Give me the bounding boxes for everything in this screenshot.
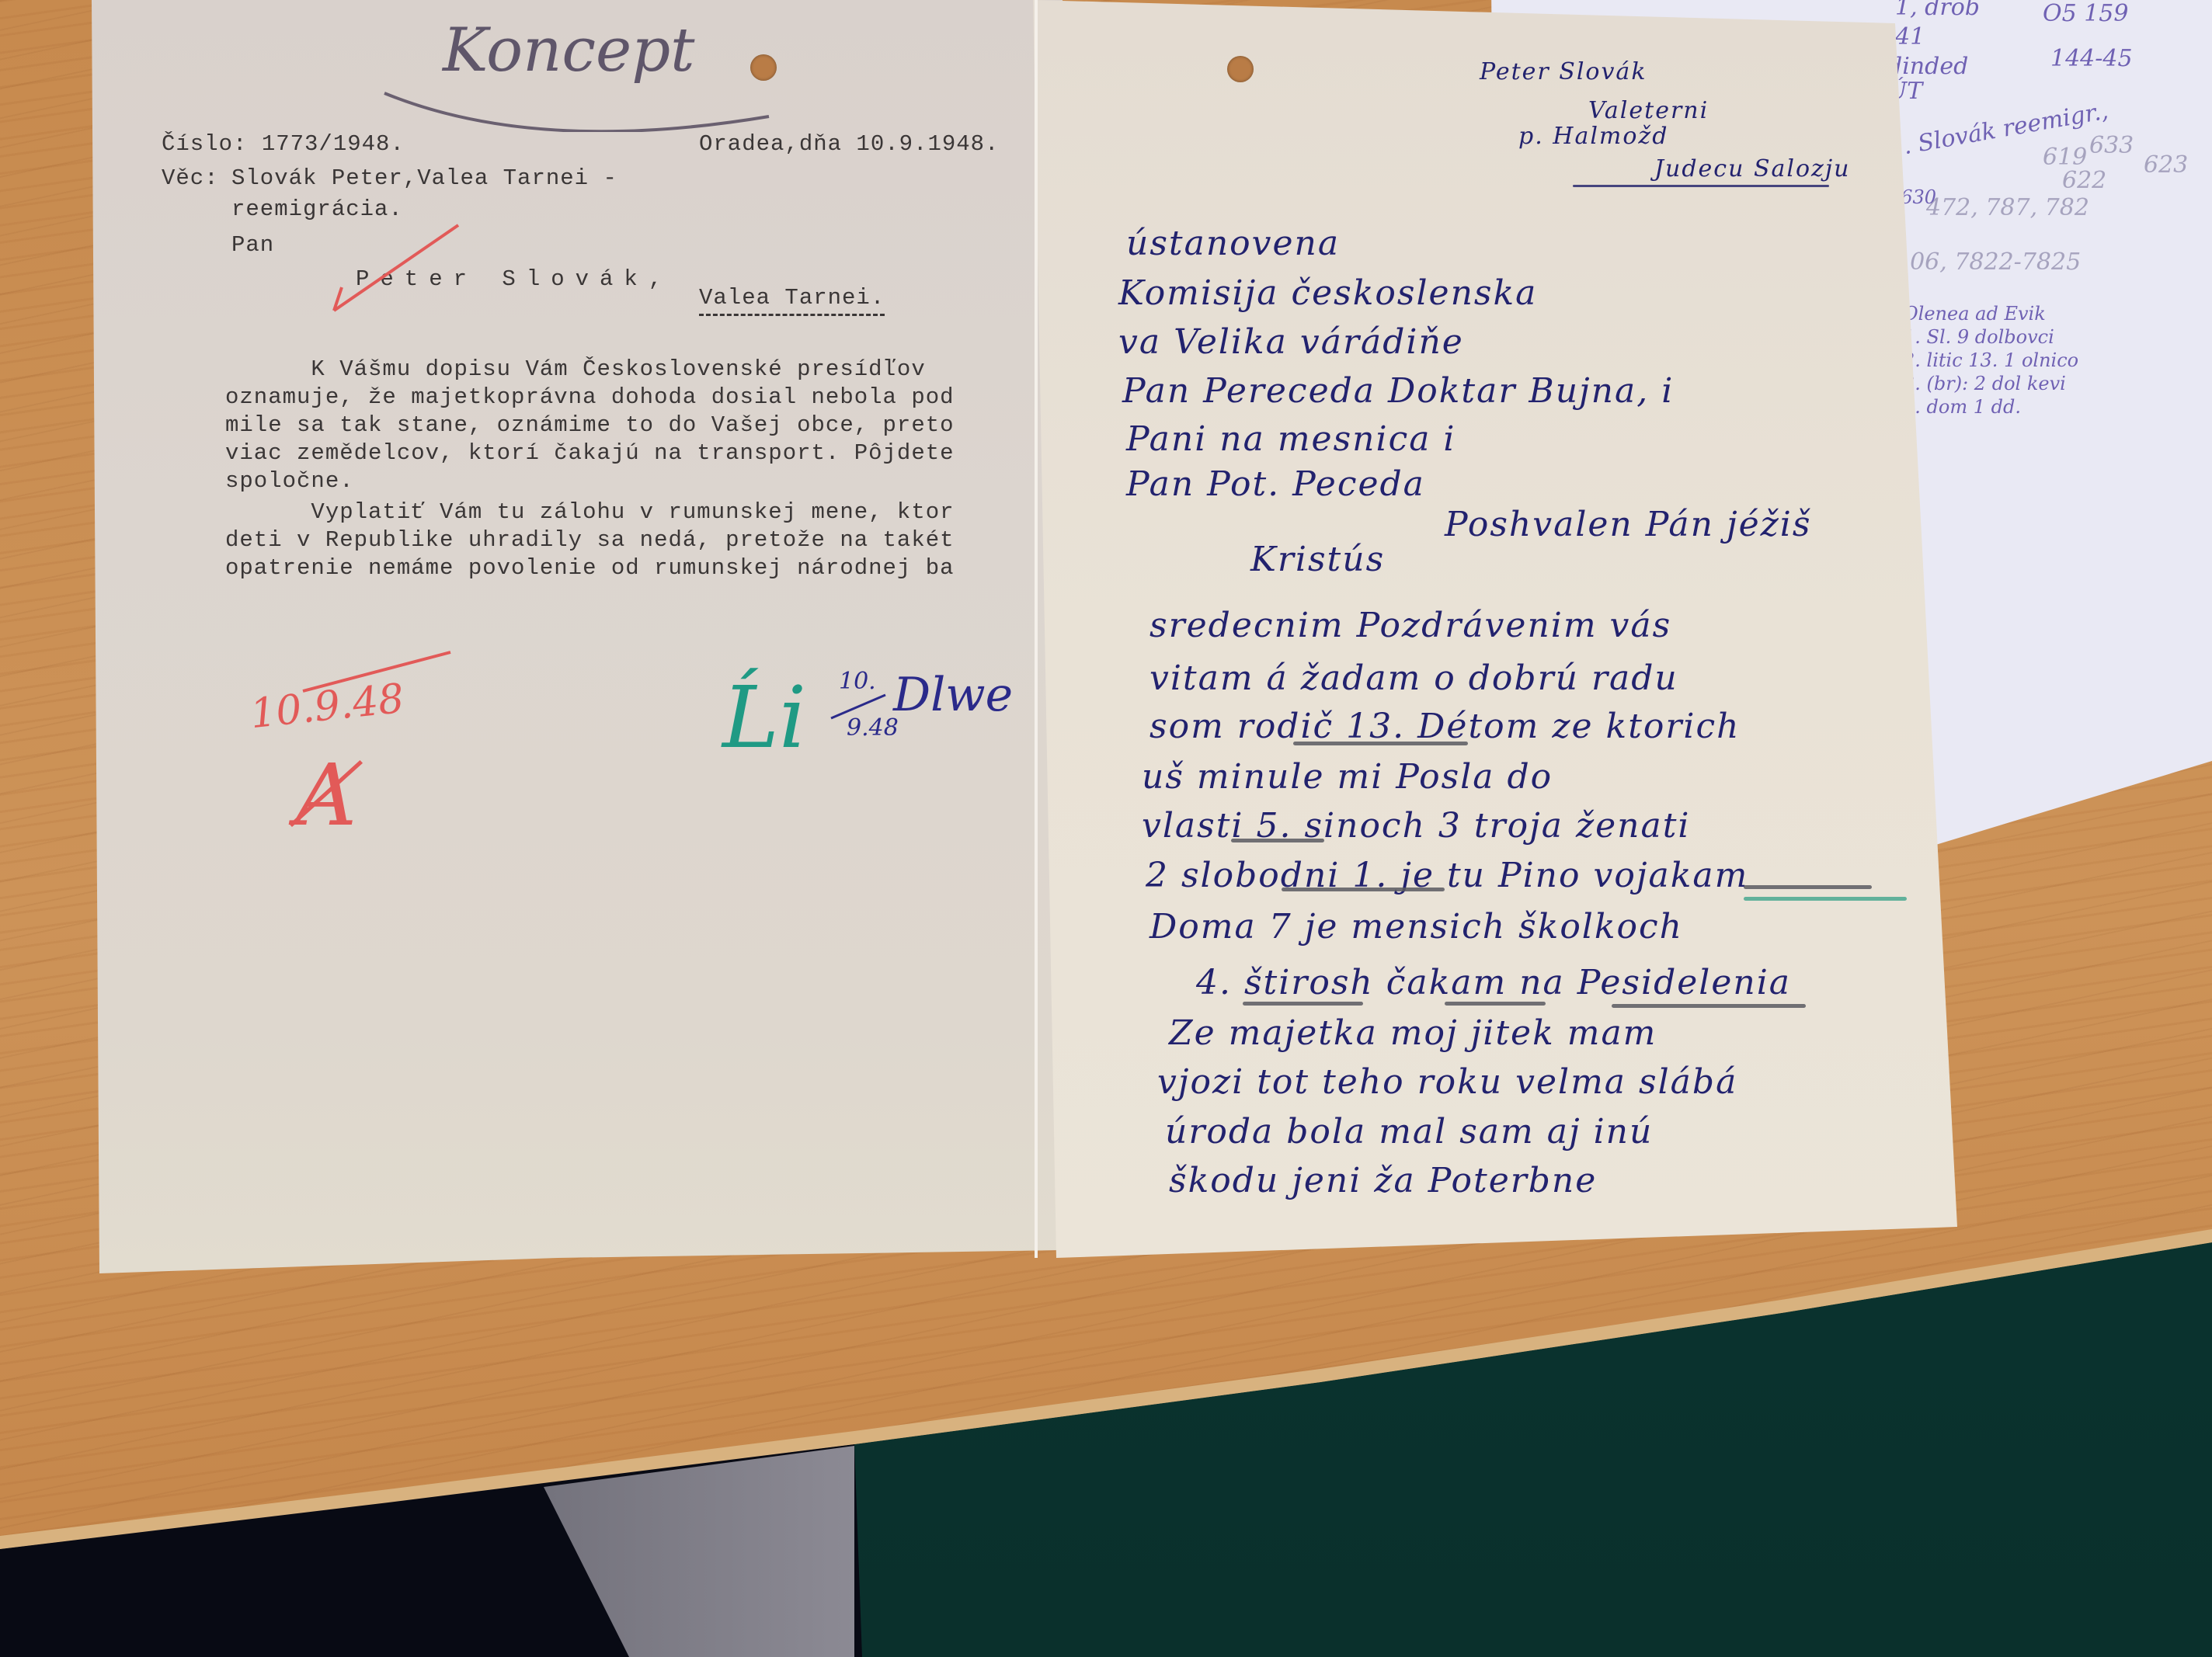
pencil-underline bbox=[1231, 839, 1324, 842]
pencil-underline bbox=[1744, 885, 1872, 889]
green-initials: Ĺi bbox=[722, 668, 806, 767]
letter-line: škodu jeni ža Poterbne bbox=[1169, 1161, 1597, 1200]
letter-line: vlasti 5. sinoch 3 troja ženati bbox=[1142, 806, 1691, 846]
letter-line: Pani na mesnica i bbox=[1126, 419, 1456, 459]
place-and-date: Oradea,dňa 10.9.1948. bbox=[699, 130, 999, 158]
salutation: Pan bbox=[231, 231, 274, 259]
body-line: deti v Republike uhradily sa nedá, preto… bbox=[225, 526, 955, 554]
koncept-underline-arc bbox=[381, 70, 784, 132]
letter-line: Poshvalen Pán jéžiš bbox=[1445, 505, 1811, 544]
recipient-place: Valea Tarnei. bbox=[699, 284, 885, 316]
note-line: dinded bbox=[1887, 53, 1968, 80]
body-line: opatrenie nemáme povolenie od rumunskej … bbox=[225, 554, 955, 582]
red-initials: Ⱥ bbox=[295, 745, 356, 845]
note-line: 106, 7822-7825 bbox=[1895, 248, 2081, 276]
letter-line: 2 slobodni 1. je tu Pino vojakam bbox=[1146, 856, 1748, 895]
note-line: 4. dom 1 dd. bbox=[1903, 396, 2021, 418]
sender-county: Judecu Salozju bbox=[1654, 155, 1851, 182]
body-line: K Vášmu dopisu Vám Československé presíd… bbox=[225, 356, 926, 384]
note-line: 1. Sl. 9 dolbovci bbox=[1903, 326, 2054, 348]
note-circled-number: 622 bbox=[2062, 167, 2106, 194]
body-line: oznamuje, že majetkoprávna dohoda dosial… bbox=[225, 384, 955, 412]
letter-line: Doma 7 je mensich školkoch bbox=[1149, 907, 1683, 947]
blue-date-fraction-line bbox=[827, 691, 889, 722]
document-number: Číslo: 1773/1948. bbox=[162, 130, 405, 158]
letter-line: Pan Pereceda Doktar Bujna, i bbox=[1122, 371, 1674, 411]
letter-line: vjozi tot teho roku velma slábá bbox=[1157, 1062, 1737, 1102]
letter-line: som rodič 13. Détom ze ktorich bbox=[1149, 707, 1740, 746]
body-line: spoločne. bbox=[225, 467, 354, 495]
pencil-underline bbox=[1282, 888, 1445, 891]
note-line: Olenea ad Evik bbox=[1903, 303, 2046, 325]
red-arrow-mark bbox=[318, 217, 474, 318]
note-line: O5 159 bbox=[2043, 0, 2128, 27]
letter-line: uš minule mi Posla do bbox=[1142, 757, 1553, 797]
pencil-underline bbox=[1612, 1004, 1806, 1008]
sender-village: Valeterni bbox=[1588, 97, 1709, 124]
body-line: Vyplatiť Vám tu zálohu v rumunskej mene,… bbox=[225, 498, 955, 526]
letter-line: Kristús bbox=[1250, 540, 1385, 579]
letter-line: sredecnim Pozdrávenim vás bbox=[1149, 606, 1671, 645]
letter-line: 4. štirosh čakam na Pesidelenia bbox=[1196, 963, 1791, 1002]
subject-label: Věc: bbox=[162, 165, 219, 193]
punch-hole bbox=[1227, 56, 1254, 82]
pencil-underline bbox=[1445, 1002, 1546, 1006]
sender-post: p. Halmožd bbox=[1518, 123, 1668, 150]
note-circled-number: 633 bbox=[2089, 132, 2134, 159]
pencil-underline bbox=[1293, 742, 1468, 745]
sender-name: Peter Slovák bbox=[1480, 58, 1647, 85]
body-line: mile sa tak stane, oznámime to do Vašej … bbox=[225, 412, 955, 439]
blue-signature: Dlwe bbox=[893, 668, 1013, 722]
letter-line: ústanovena bbox=[1126, 224, 1340, 263]
note-line: 2. litic 13. 1 olnico bbox=[1903, 349, 2078, 371]
note-line: 144-45 bbox=[2050, 45, 2133, 72]
letter-line: vitam á žadam o dobrú radu bbox=[1149, 658, 1678, 698]
pencil-underline bbox=[1243, 1002, 1363, 1006]
note-line: 1, drob bbox=[1895, 0, 1980, 21]
note-line: 3. (br): 2 dol kevi bbox=[1903, 373, 2066, 394]
letter-line: Ze majetka moj jitek mam bbox=[1169, 1013, 1657, 1053]
letter-line: va Velika várádiňe bbox=[1118, 322, 1464, 362]
sender-underline bbox=[1573, 185, 1829, 187]
letter-line: Pan Pot. Peceda bbox=[1126, 464, 1425, 504]
page-fold bbox=[1035, 0, 1038, 1258]
letter-line: úroda bola mal sam aj inú bbox=[1165, 1112, 1653, 1152]
letter-line: Komisija českoslenska bbox=[1118, 273, 1537, 313]
body-line: viac zemědelcov, ktorí čakajú na transpo… bbox=[225, 439, 955, 467]
note-line: 472, 787, 782 bbox=[1926, 194, 2089, 221]
subject-line-1: Slovák Peter,Valea Tarnei - bbox=[231, 165, 617, 193]
green-underline bbox=[1744, 897, 1907, 901]
note-circled-number: 623 bbox=[2144, 151, 2188, 179]
